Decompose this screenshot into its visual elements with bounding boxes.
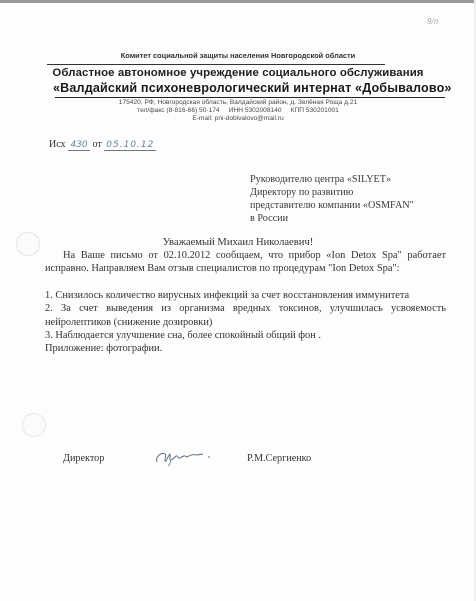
signatory-title: Директор xyxy=(63,453,104,464)
addressee-block: Руководителю центра «SILYET» Директору п… xyxy=(250,173,414,225)
addressee-line: Директору по развитию xyxy=(250,186,414,199)
organization-email: E-mail: pni-dobivalovo@mail.ru xyxy=(0,115,476,122)
outgoing-date: 05.10.12 xyxy=(104,140,156,151)
handwritten-page-mark: 9/л xyxy=(427,17,438,26)
letter-body: На Ваше письмо от 02.10.2012 сообщаем, ч… xyxy=(45,249,446,356)
outgoing-label: Исх xyxy=(49,139,66,150)
body-intro: На Ваше письмо от 02.10.2012 сообщаем, ч… xyxy=(45,249,446,276)
letterhead-rule-top xyxy=(47,64,385,65)
letterhead-rule-bottom xyxy=(55,97,445,98)
outgoing-number: 430 xyxy=(68,140,90,151)
body-list-item: 2. За счет выведения из организма вредны… xyxy=(45,302,446,329)
greeting: Уважаемый Михаил Николаевич! xyxy=(0,237,476,248)
paragraph-gap xyxy=(45,276,446,289)
body-list-item: 3. Наблюдается улучшение сна, более спок… xyxy=(45,329,446,342)
addressee-line: Руководителю центра «SILYET» xyxy=(250,173,414,186)
handwritten-signature-icon xyxy=(153,447,215,467)
outgoing-from-label: от xyxy=(93,139,102,150)
signatory-name: Р.М.Сергиенко xyxy=(247,453,311,464)
body-list-item: 1. Снизилось количество вирусных инфекци… xyxy=(45,289,446,302)
organization-name: «Валдайский психоневрологический интерна… xyxy=(53,81,445,95)
organization-address: 175420, РФ, Новгородская область, Валдай… xyxy=(0,99,476,106)
organization-contacts: тел/факс (8-816-66) 50-174 ИНН 530200814… xyxy=(0,107,476,114)
addressee-line: представителю компании «OSMFAN" xyxy=(250,199,414,212)
outgoing-reference: Исх 430 от 05.10.12 xyxy=(49,139,156,151)
committee-name: Комитет социальной защиты населения Новг… xyxy=(0,51,476,60)
addressee-line: в России xyxy=(250,212,414,225)
hole-punch-mark xyxy=(22,413,46,437)
attachment-note: Приложение: фотографии. xyxy=(45,342,446,355)
scan-top-edge xyxy=(0,0,476,3)
organization-type: Областное автономное учреждение социальн… xyxy=(0,67,476,79)
